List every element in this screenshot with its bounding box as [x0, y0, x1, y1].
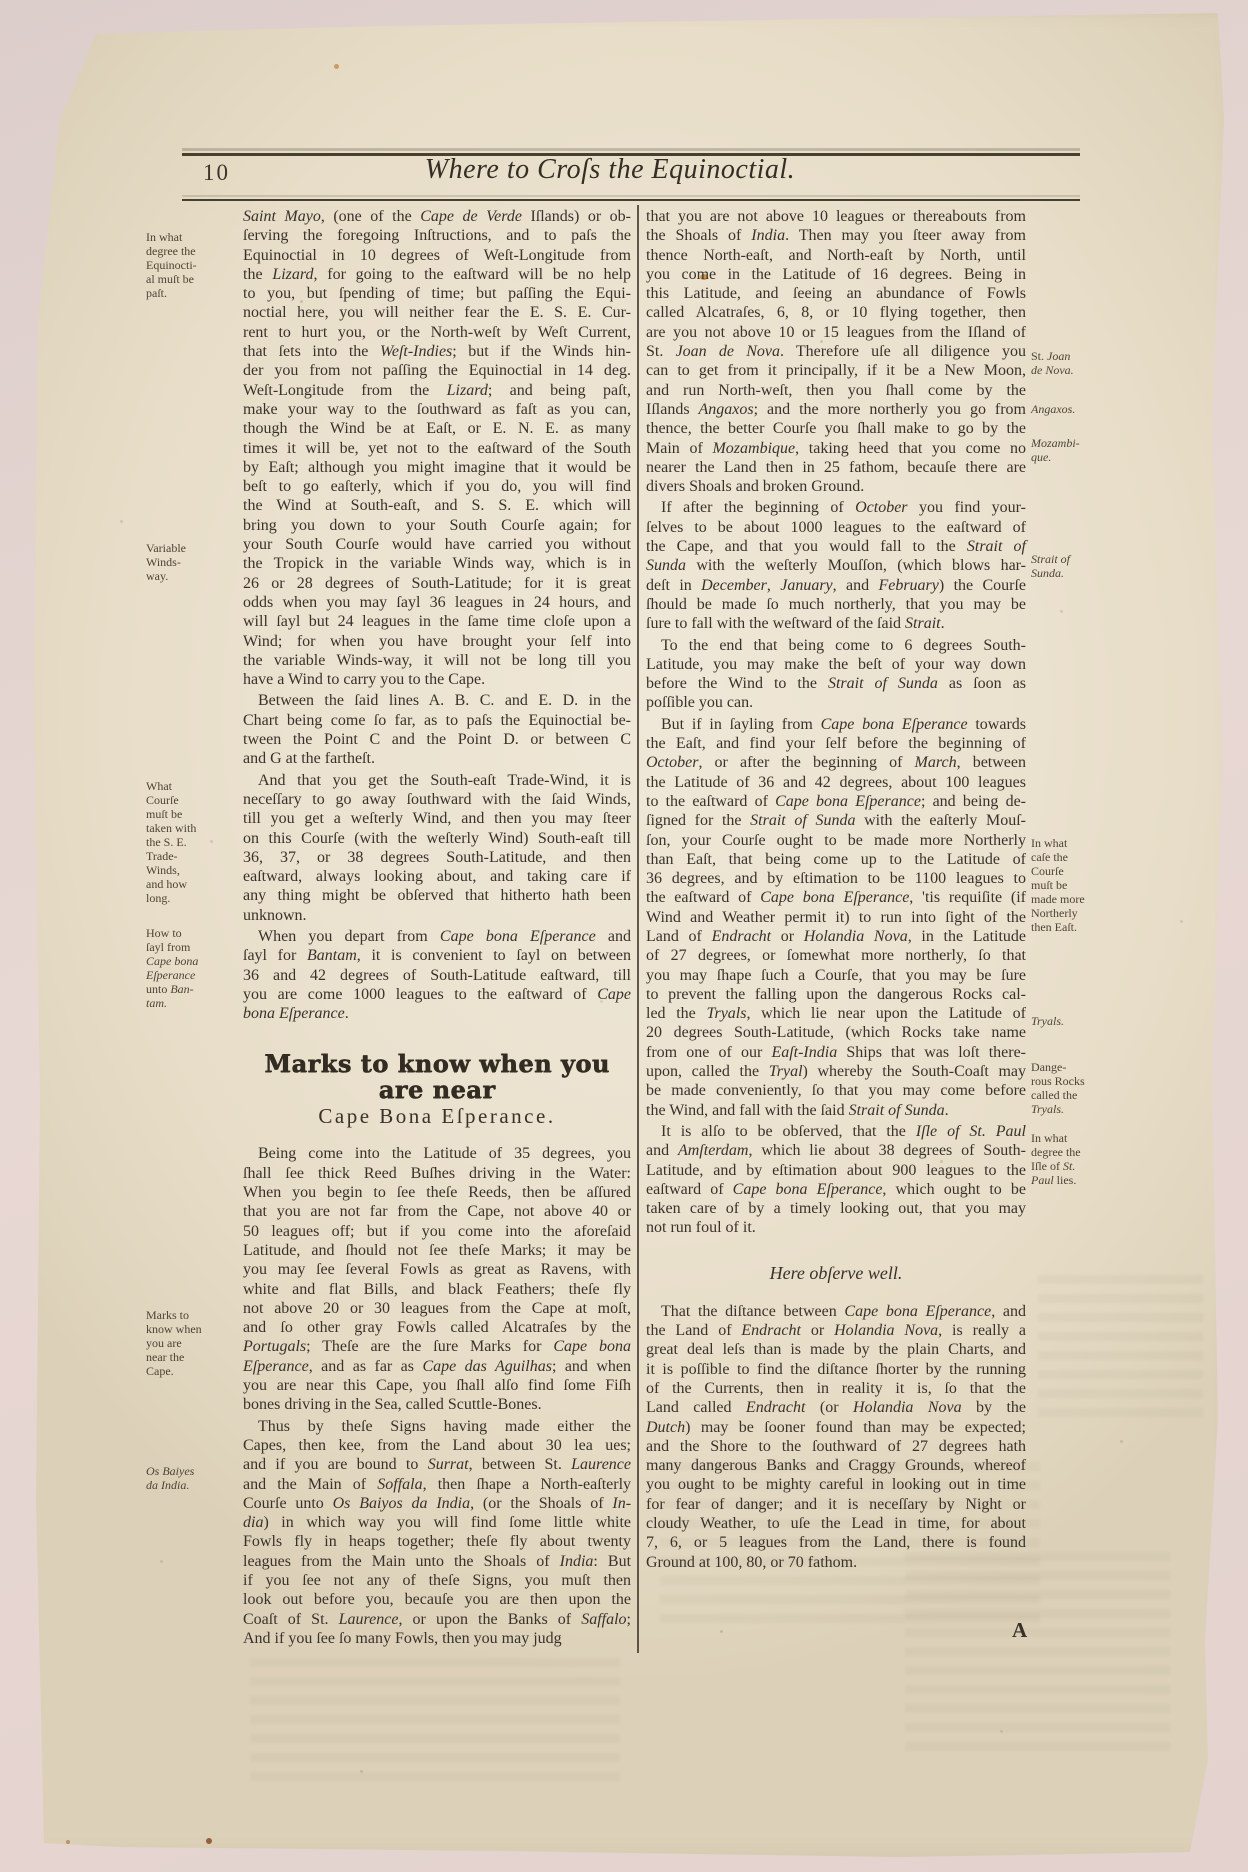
right-column: that you are not above 10 leagues or the… — [646, 207, 1026, 1572]
text-line: to the eaſtward of Cape bona Eſperance; … — [646, 792, 1026, 811]
text-line: that you are not above 10 leagues or the… — [646, 207, 1026, 226]
margin-note-line: tam. — [146, 996, 238, 1010]
bleedthrough-ghost — [250, 1658, 620, 1786]
margin-note: Mozambi-que. — [1031, 436, 1131, 464]
text-line: you may ſee ſeveral Fowls as great as Ra… — [243, 1260, 631, 1279]
margin-note-line: long. — [146, 891, 238, 905]
text-line: the Wind, and fall with the ſaid Strait … — [646, 1101, 1026, 1120]
text-line: leagues from the Main unto the Shoals of… — [243, 1552, 631, 1571]
text-line: Wind; for when you have brought your ſel… — [243, 632, 631, 651]
text-line: If after the beginning of October you fi… — [646, 498, 1026, 517]
margin-note: Strait ofSunda. — [1031, 552, 1131, 580]
text-line: Chart being come ſo far, as to paſs the … — [243, 711, 631, 730]
text-line: ſelves to be about 1000 leagues to the e… — [646, 518, 1026, 537]
margin-note-line: de Nova. — [1031, 363, 1131, 377]
text-line: Being come into the Latitude of 35 degre… — [243, 1144, 631, 1163]
text-line: tween the Point C and the Point D. or be… — [243, 730, 631, 749]
text-line: Ground at 100, 80, or 70 fathom. — [646, 1553, 1026, 1572]
margin-note-line: caſe the — [1031, 850, 1131, 864]
margin-note-line: made more — [1031, 892, 1131, 906]
text-line: Iſlands Angaxos; and the more northerly … — [646, 400, 1026, 419]
paragraph: Thus by theſe Signs having made either t… — [243, 1417, 631, 1649]
text-line: of the Currents, then in reality it is, … — [646, 1379, 1026, 1398]
text-line: and G at the fartheſt. — [243, 749, 631, 768]
text-line: And if you ſee ſo many Fowls, then you m… — [243, 1629, 631, 1648]
text-line: beſt to go eaſterly, which if you do, yo… — [243, 477, 631, 496]
text-line: and the Shore to the ſouthward of 27 deg… — [646, 1437, 1026, 1456]
text-line: ſon, your Courſe ought to be made more N… — [646, 831, 1026, 850]
text-line: Main of Mozambique, taking heed that you… — [646, 439, 1026, 458]
text-line: you are come 1000 leagues to the eaſtwar… — [243, 985, 631, 1004]
text-line: any thing might be obſerved that hithert… — [243, 886, 631, 905]
text-line: the Tropick in the variable Winds way, w… — [243, 554, 631, 573]
text-line: deſt in December, January, and February)… — [646, 576, 1026, 595]
text-line: till you get a weſterly Wind, and then y… — [243, 809, 631, 828]
text-line: eaſtward, always looking about, and taki… — [243, 867, 631, 886]
text-line: bona Eſperance. — [243, 1004, 631, 1023]
paper-stain — [66, 1840, 70, 1844]
margin-note-line: rous Rocks — [1031, 1074, 1131, 1088]
text-line: great deal leſs than is made by the plai… — [646, 1340, 1026, 1359]
margin-note-line: Cape bona — [146, 954, 238, 968]
text-line: Sunda with the weſterly Mouſſon, (which … — [646, 556, 1026, 575]
margin-note-line: paſt. — [146, 286, 238, 300]
text-line: and if you are bound to Surrat, between … — [243, 1455, 631, 1474]
text-line: Equinoctial in 10 degrees of Weſt-Longit… — [243, 246, 631, 265]
text-line: to you, but ſpending of time; but paſſin… — [243, 284, 631, 303]
paragraph: But if in ſayling from Cape bona Eſperan… — [646, 715, 1026, 1120]
signature-mark: A — [1012, 1618, 1027, 1643]
text-line: and Amſterdam, which lie about 38 degree… — [646, 1141, 1026, 1160]
text-line: Dutch) may be ſooner found than may be e… — [646, 1418, 1026, 1437]
text-line: That the diſtance between Cape bona Eſpe… — [646, 1302, 1026, 1321]
text-line: and ſo other gray Fowls called Alcatraſe… — [243, 1318, 631, 1337]
margin-note-line: and how — [146, 877, 238, 891]
text-line: Thus by theſe Signs having made either t… — [243, 1417, 631, 1436]
text-line: before the Wind to the Strait of Sunda a… — [646, 674, 1026, 693]
margin-note-line: way. — [146, 569, 238, 583]
text-line: bones driving in the Sea, called Scuttle… — [243, 1395, 631, 1414]
text-line: St. Joan de Nova. Therefore uſe all dili… — [646, 342, 1026, 361]
text-line: white and flat Bills, and black Feathers… — [243, 1280, 631, 1299]
text-line: you are near this Cape, you ſhall alſo f… — [243, 1376, 631, 1395]
text-line: Land of Endracht or Holandia Nova, in th… — [646, 927, 1026, 946]
text-line: But if in ſayling from Cape bona Eſperan… — [646, 715, 1026, 734]
margin-note: In whatdegree theEquinocti-al muſt bepaſ… — [146, 230, 238, 300]
margin-note-line: know when — [146, 1322, 238, 1336]
text-line: divers Shoals and broken Ground. — [646, 477, 1026, 496]
margin-note: Marks toknow whenyou arenear theCape. — [146, 1308, 238, 1378]
margin-note-line: Cape. — [146, 1364, 238, 1378]
text-line: ſure to fall with the weſtward of the ſa… — [646, 614, 1026, 633]
text-line: unknown. — [243, 906, 631, 925]
margin-note-line: Angaxos. — [1031, 402, 1131, 416]
text-line: that you are not far from the Cape, not … — [243, 1202, 631, 1221]
text-line: To the end that being come to 6 degrees … — [646, 636, 1026, 655]
text-line: and run North-weſt, then you ſhall come … — [646, 381, 1026, 400]
text-line: 7, 6, or 5 leagues from the Land, there … — [646, 1533, 1026, 1552]
paragraph: To the end that being come to 6 degrees … — [646, 636, 1026, 713]
paper-stain — [206, 1838, 212, 1844]
text-line: When you depart from Cape bona Eſperance… — [243, 927, 631, 946]
text-line: ſigned for the Strait of Sunda with the … — [646, 811, 1026, 830]
text-line: 26 or 28 degrees of South-Latitude; for … — [243, 574, 631, 593]
text-line: if you ſee not any of theſe Signs, you m… — [243, 1571, 631, 1590]
book-page: 10 Where to Croſs the Equinoctial. Saint… — [0, 0, 1248, 1872]
text-line: 36, 37, or 38 degrees South-Latitude, an… — [243, 848, 631, 867]
text-line: Courſe unto Os Baiyos da India, (or the … — [243, 1494, 631, 1513]
text-line: look out before you, becauſe you are the… — [243, 1590, 631, 1609]
text-line: Saint Mayo, (one of the Cape de Verde Iſ… — [243, 207, 631, 226]
text-line: 36 and 42 degrees of South-Latitude eaſt… — [243, 966, 631, 985]
text-line: ſhall ſee thick Reed Buſhes driving in t… — [243, 1164, 631, 1183]
text-line: led the Tryals, which lie near upon the … — [646, 1004, 1026, 1023]
text-line: have a Wind to carry you to the Cape. — [243, 670, 631, 689]
text-line: When you begin to ſee theſe Reeds, then … — [243, 1183, 631, 1202]
margin-note-line: Eſperance — [146, 968, 238, 982]
text-line: Land called Endracht (or Holandia Nova b… — [646, 1398, 1026, 1417]
text-line: you come in the Latitude of 16 degrees. … — [646, 265, 1026, 284]
margin-note-line: Winds, — [146, 863, 238, 877]
margin-note-line: degree the — [1031, 1145, 1131, 1159]
text-line: Fowls fly in heaps together; theſe fly a… — [243, 1532, 631, 1551]
margin-note-line: muſt be — [146, 807, 238, 821]
text-line: noctial here, you will neither fear the … — [243, 303, 631, 322]
margin-note-line: que. — [1031, 450, 1131, 464]
margin-note-line: Os Baiyes — [146, 1464, 238, 1478]
margin-note-line: What — [146, 779, 238, 793]
margin-note-line: Courſe — [146, 793, 238, 807]
margin-note: How toſayl fromCape bonaEſperanceunto Ba… — [146, 926, 238, 1010]
text-line: from one of our Eaſt-India Ships that wa… — [646, 1043, 1026, 1062]
text-line: thence North-eaſt, and North-eaſt by Nor… — [646, 246, 1026, 265]
text-line: the Shoals of India. Then may you ſteer … — [646, 226, 1026, 245]
text-line: can to get from it principally, if it be… — [646, 361, 1026, 380]
text-line: make your way to the ſouthward as faſt a… — [243, 400, 631, 419]
margin-note-line: Trade- — [146, 849, 238, 863]
text-line: Coaſt of St. Laurence, or upon the Banks… — [243, 1610, 631, 1629]
text-line: the Latitude of 36 and 42 degrees, about… — [646, 773, 1026, 792]
paragraph: It is alſo to be obſerved, that the Iſle… — [646, 1122, 1026, 1238]
text-line: not run foul of it. — [646, 1218, 1026, 1237]
margin-note: WhatCourſemuſt betaken withthe S. E.Trad… — [146, 779, 238, 905]
text-line: and the Main of Soffala, then ſhape a No… — [243, 1475, 631, 1494]
margin-note: St. Joande Nova. — [1031, 349, 1131, 377]
text-line: the variable Winds-way, it will not be l… — [243, 651, 631, 670]
margin-note-line: In what — [1031, 836, 1131, 850]
paper-stain — [334, 64, 339, 69]
section-heading: Marks to know when you are near — [243, 1051, 631, 1103]
margin-note-line: Mozambi- — [1031, 436, 1131, 450]
margin-note-line: In what — [146, 230, 238, 244]
text-line: not above 20 or 30 leagues from the Cape… — [243, 1299, 631, 1318]
text-line: neceſſary to go away ſouthward with the … — [243, 790, 631, 809]
text-line: odds when you may ſayl 36 leagues in 24 … — [243, 593, 631, 612]
text-line: called Alcatraſes, 6, 8, or 10 flying to… — [646, 303, 1026, 322]
text-line: October, or after the beginning of March… — [646, 753, 1026, 772]
text-line: be made conveniently, ſo that you may co… — [646, 1081, 1026, 1100]
text-line: rent to hurt you, or the North-weſt by W… — [243, 323, 631, 342]
header-rule-bottom — [182, 199, 1080, 201]
margin-note: Os Baiyesda India. — [146, 1464, 238, 1492]
text-line: upon, called the Tryal) whereby the Sout… — [646, 1062, 1026, 1081]
margin-note-line: called the — [1031, 1088, 1131, 1102]
section-heading: Cape Bona Eſperance. — [243, 1105, 631, 1128]
text-line: It is alſo to be obſerved, that the Iſle… — [646, 1122, 1026, 1141]
text-line: 36 degrees, and by eſtimation to be 1100… — [646, 869, 1026, 888]
text-line: are you not above 10 or 15 leagues from … — [646, 323, 1026, 342]
paragraph: If after the beginning of October you fi… — [646, 498, 1026, 633]
margin-note-line: ſayl from — [146, 940, 238, 954]
bleedthrough-ghost — [1038, 1275, 1203, 1425]
column-divider — [637, 205, 639, 1653]
margin-note-line: Iſle of St. — [1031, 1159, 1131, 1173]
text-line: thence, the better Courſe you ſhall make… — [646, 419, 1026, 438]
paragraph: When you depart from Cape bona Eſperance… — [243, 927, 631, 1023]
text-line: Between the ſaid lines A. B. C. and E. D… — [243, 691, 631, 710]
margin-note-line: Courſe — [1031, 864, 1131, 878]
text-line: ſhould be made ſo much northerly, that y… — [646, 595, 1026, 614]
margin-note-line: degree the — [146, 244, 238, 258]
margin-note-line: the S. E. — [146, 835, 238, 849]
paragraph: Saint Mayo, (one of the Cape de Verde Iſ… — [243, 207, 631, 689]
margin-note-line: In what — [1031, 1131, 1131, 1145]
text-line: on this Courſe (with the weſterly Wind) … — [243, 829, 631, 848]
text-line: ſerving the foregoing Inſtructions, and … — [243, 226, 631, 245]
text-line: Portugals; Theſe are the ſure Marks for … — [243, 1337, 631, 1356]
margin-note-line: taken with — [146, 821, 238, 835]
text-line: Latitude, and ſhould not ſee theſe Marks… — [243, 1241, 631, 1260]
margin-note-line: Tryals. — [1031, 1102, 1131, 1116]
text-line: that ſets into the Weſt-Indies; but if t… — [243, 342, 631, 361]
text-line: for fear of danger; and it is neceſſary … — [646, 1495, 1026, 1514]
margin-note-line: Marks to — [146, 1308, 238, 1322]
text-line: And that you get the South-eaſt Trade-Wi… — [243, 771, 631, 790]
margin-note-line: unto Ban- — [146, 982, 238, 996]
text-line: of 27 degrees, or ſomewhat more northerl… — [646, 946, 1026, 965]
page-number: 10 — [203, 160, 230, 186]
margin-note-line: Equinocti- — [146, 258, 238, 272]
text-line: the eaſtward of Cape bona Eſperance, 'ti… — [646, 888, 1026, 907]
text-line: bring you down to your South Courſe agai… — [243, 516, 631, 535]
margin-note: In whatdegree theIſle of St.Paul lies. — [1031, 1131, 1131, 1187]
text-line: to prevent the falling upon the dangerou… — [646, 985, 1026, 1004]
margin-note-line: Variable — [146, 541, 238, 555]
margin-note: Tryals. — [1031, 1014, 1131, 1028]
text-line: the Wind at South-eaſt, and S. S. E. whi… — [243, 496, 631, 515]
text-line: the Eaſt, and find your ſelf before the … — [646, 734, 1026, 753]
text-line: nearer the Land then in 25 fathom, becau… — [646, 458, 1026, 477]
margin-note-line: near the — [146, 1350, 238, 1364]
margin-note-line: Paul lies. — [1031, 1173, 1131, 1187]
text-line: 50 leagues off; but if you come into the… — [243, 1222, 631, 1241]
text-line: Latitude, and by eſtimation about 900 le… — [646, 1161, 1026, 1180]
text-line: times it will be, yet not to the eaſtwar… — [243, 439, 631, 458]
margin-note-line: al muſt be — [146, 272, 238, 286]
paragraph: Being come into the Latitude of 35 degre… — [243, 1144, 631, 1414]
text-line: you may ſhape ſuch a Courſe, that you ma… — [646, 966, 1026, 985]
text-line: though the Wind be at Eaſt, or E. N. E. … — [243, 419, 631, 438]
text-line: you ought to be mighty careful in lookin… — [646, 1475, 1026, 1494]
margin-note-line: Dange- — [1031, 1060, 1131, 1074]
margin-note: In whatcaſe theCourſemuſt bemade moreNor… — [1031, 836, 1131, 934]
section-heading: Here obſerve well. — [646, 1262, 1026, 1284]
margin-note-line: you are — [146, 1336, 238, 1350]
text-line: cloudy Weather, to uſe the Lead in time,… — [646, 1514, 1026, 1533]
margin-note-line: How to — [146, 926, 238, 940]
text-line: dia) in which way you will find ſome lit… — [243, 1513, 631, 1532]
text-line: der you from not paſſing the Equinoctial… — [243, 361, 631, 380]
text-line: Eſperance, and as far as Cape das Aguilh… — [243, 1357, 631, 1376]
margin-note-line: Sunda. — [1031, 566, 1131, 580]
scan-background: 10 Where to Croſs the Equinoctial. Saint… — [0, 0, 1248, 1872]
text-line: ſayl for Bantam, it is convenient to ſay… — [243, 946, 631, 965]
running-title: Where to Croſs the Equinoctial. — [330, 154, 890, 186]
text-line: Weſt-Longitude from the Lizard; and bein… — [243, 381, 631, 400]
text-line: 20 degrees South-Latitude, (which Rocks … — [646, 1023, 1026, 1042]
paragraph: And that you get the South-eaſt Trade-Wi… — [243, 771, 631, 925]
text-line: than Eaſt, that being come up to the Lat… — [646, 850, 1026, 869]
text-line: this Latitude, and ſeeing an abundance o… — [646, 284, 1026, 303]
margin-note-line: muſt be — [1031, 878, 1131, 892]
margin-note-line: Northerly — [1031, 906, 1131, 920]
margin-note: Angaxos. — [1031, 402, 1131, 416]
text-line: will ſayl but 24 leagues in the ſame tim… — [243, 612, 631, 631]
text-line: it is poſſible to find the diſtance ſhor… — [646, 1360, 1026, 1379]
margin-note: Dange-rous Rockscalled theTryals. — [1031, 1060, 1131, 1116]
margin-note-line: St. Joan — [1031, 349, 1131, 363]
text-line: taken care of by a timely looking out, t… — [646, 1199, 1026, 1218]
text-line: the Lizard, for going to the eaſtward wi… — [243, 265, 631, 284]
margin-note-line: da India. — [146, 1478, 238, 1492]
text-line: many dangerous Banks and Craggy Grounds,… — [646, 1456, 1026, 1475]
paragraph: Between the ſaid lines A. B. C. and E. D… — [243, 691, 631, 768]
margin-note: VariableWinds-way. — [146, 541, 238, 583]
text-line: your South Courſe would have carried you… — [243, 535, 631, 554]
margin-note-line: Winds- — [146, 555, 238, 569]
text-line: the Land of Endracht or Holandia Nova, i… — [646, 1321, 1026, 1340]
margin-note-line: Strait of — [1031, 552, 1131, 566]
text-line: eaſtward of Cape bona Eſperance, which o… — [646, 1180, 1026, 1199]
margin-note-line: Tryals. — [1031, 1014, 1131, 1028]
text-line: Wind and Weather permit it) to run into … — [646, 908, 1026, 927]
left-column: Saint Mayo, (one of the Cape de Verde Iſ… — [243, 207, 631, 1648]
margin-note-line: then Eaſt. — [1031, 920, 1131, 934]
text-line: Capes, then kee, from the Land about 30 … — [243, 1436, 631, 1455]
text-line: Latitude, you may make the beſt of your … — [646, 655, 1026, 674]
text-line: by Eaſt; although you might imagine that… — [243, 458, 631, 477]
paragraph: That the diſtance between Cape bona Eſpe… — [646, 1302, 1026, 1572]
text-line: the Cape, and that you would fall to the… — [646, 537, 1026, 556]
paragraph: that you are not above 10 leagues or the… — [646, 207, 1026, 496]
text-line: poſſible you can. — [646, 693, 1026, 712]
